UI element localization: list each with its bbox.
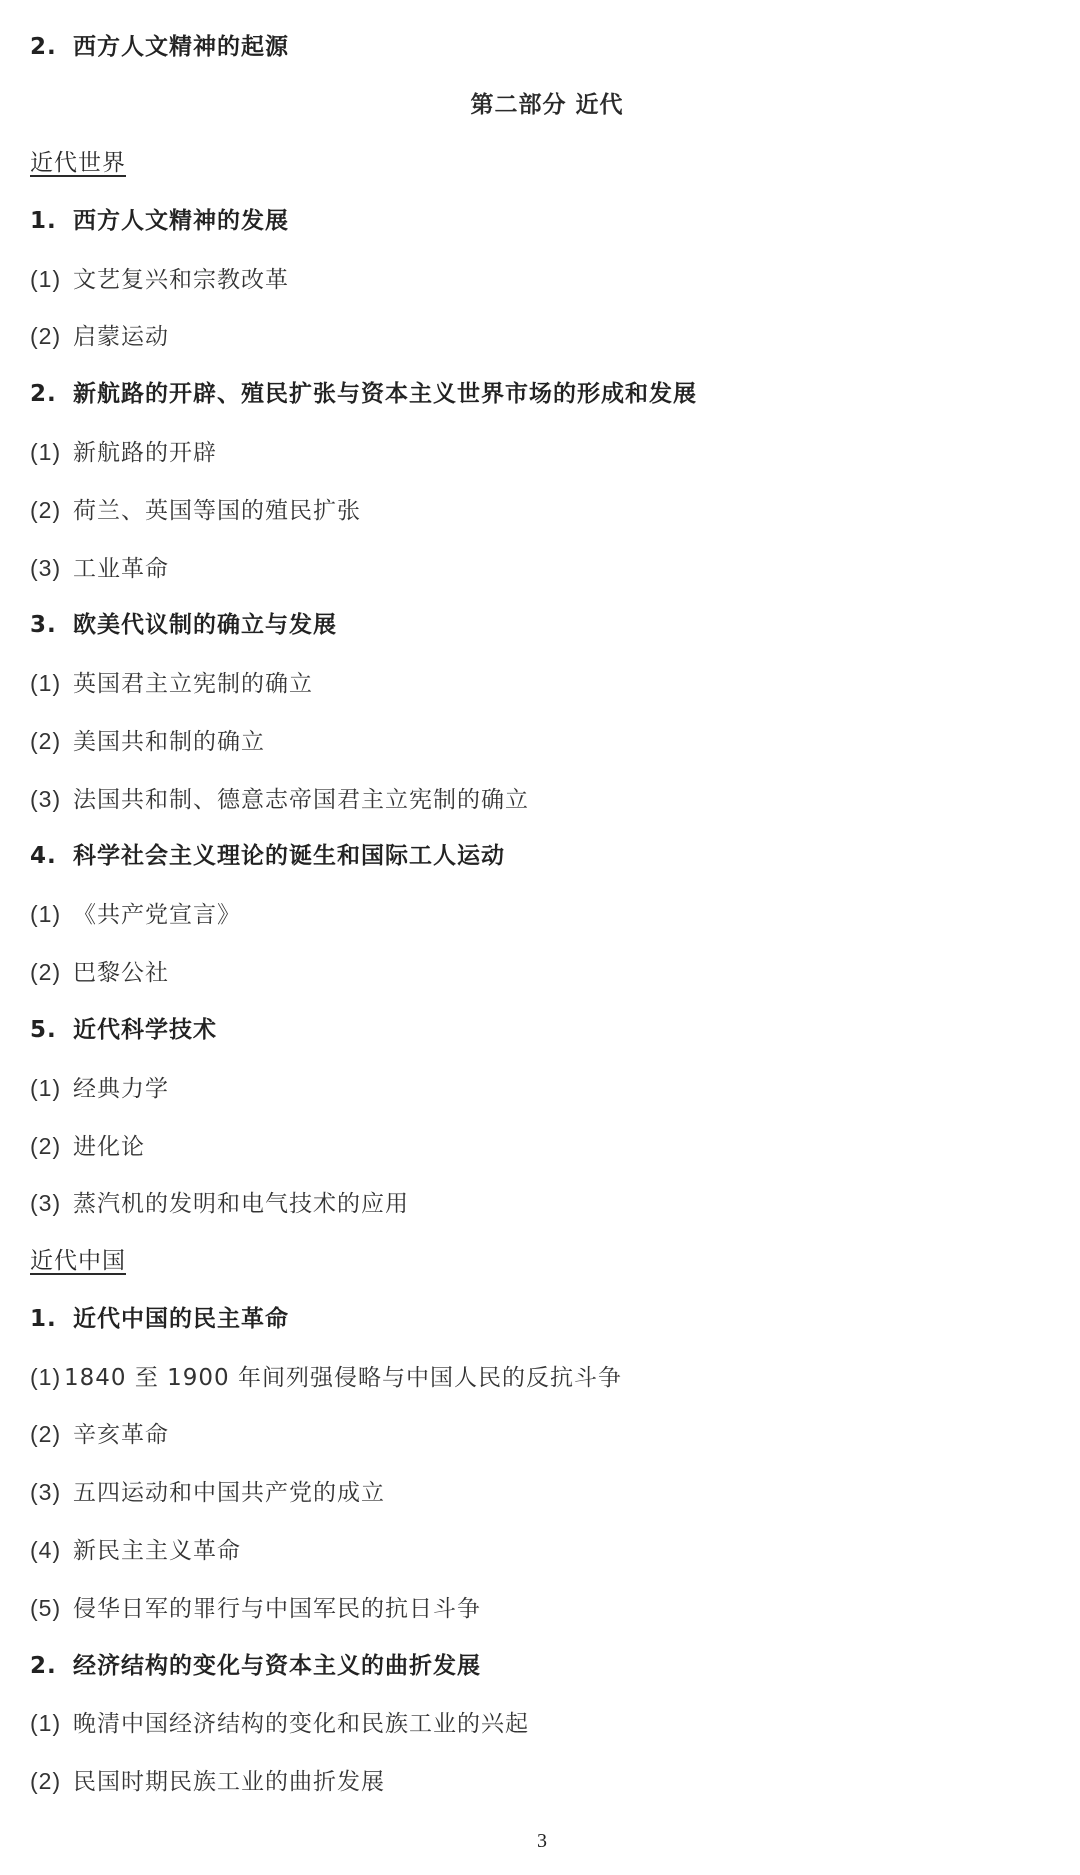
sub-item: (1)文艺复兴和宗教改革 — [30, 259, 289, 299]
sub-item-text: 美国共和制的确立 — [73, 729, 265, 755]
sub-item: (3)五四运动和中国共产党的成立 — [30, 1472, 385, 1512]
heading-text: 西方人文精神的起源 — [73, 34, 289, 60]
sub-item-text: 民国时期民族工业的曲折发展 — [73, 1769, 385, 1795]
sub-item-text: 经典力学 — [73, 1076, 169, 1102]
sub-item: (3)工业革命 — [30, 548, 169, 588]
heading-text: 近代科学技术 — [73, 1017, 217, 1043]
heading-number: 4. — [30, 836, 73, 876]
sub-item: (5)侵华日军的罪行与中国军民的抗日斗争 — [30, 1588, 481, 1628]
heading-number: 1. — [30, 1299, 73, 1339]
heading-item: 2.新航路的开辟、殖民扩张与资本主义世界市场的形成和发展 — [30, 374, 697, 414]
heading-number: 2. — [30, 1646, 73, 1686]
heading-item: 1.近代中国的民主革命 — [30, 1299, 289, 1339]
sub-item-text: 工业革命 — [73, 556, 169, 582]
heading-item: 5.近代科学技术 — [30, 1010, 217, 1050]
sub-item: (1)英国君主立宪制的确立 — [30, 663, 313, 703]
sub-item-text: 进化论 — [73, 1134, 145, 1160]
sub-item: (1)经典力学 — [30, 1068, 169, 1108]
heading-item: 4.科学社会主义理论的诞生和国际工人运动 — [30, 836, 505, 876]
heading-number: 3. — [30, 605, 73, 645]
sub-item-text: 荷兰、英国等国的殖民扩张 — [73, 498, 361, 524]
heading-number: 1. — [30, 201, 73, 241]
sub-item: (2)启蒙运动 — [30, 316, 169, 356]
part-title: 第二部分 近代 — [0, 85, 1080, 125]
sub-item-number: (1) — [30, 1703, 73, 1743]
sub-item-number: (2) — [30, 1126, 73, 1166]
sub-item: (1)《共产党宣言》 — [30, 894, 241, 934]
sub-item-text: 晚清中国经济结构的变化和民族工业的兴起 — [73, 1711, 529, 1737]
sub-item-text: 五四运动和中国共产党的成立 — [73, 1480, 385, 1506]
sub-item: (1)1840 至 1900 年间列强侵略与中国人民的反抗斗争 — [30, 1357, 622, 1397]
sub-item-number: (1) — [30, 1357, 64, 1397]
section-title-modern-china: 近代中国 — [30, 1241, 126, 1281]
sub-item-text: 《共产党宣言》 — [73, 902, 241, 928]
sub-item-number: (3) — [30, 1472, 73, 1512]
heading-number: 5. — [30, 1010, 73, 1050]
sub-item-number: (1) — [30, 259, 73, 299]
sub-item: (3)法国共和制、德意志帝国君主立宪制的确立 — [30, 779, 529, 819]
sub-item-number: (1) — [30, 894, 73, 934]
heading-item: 3.欧美代议制的确立与发展 — [30, 605, 337, 645]
sub-item-number: (2) — [30, 952, 73, 992]
sub-item-text: 巴黎公社 — [73, 960, 169, 986]
sub-item-text: 新航路的开辟 — [73, 440, 217, 466]
sub-item-text: 法国共和制、德意志帝国君主立宪制的确立 — [73, 787, 529, 813]
sub-item: (1)新航路的开辟 — [30, 432, 217, 472]
document-page: 2.西方人文精神的起源 第二部分 近代 近代世界 1.西方人文精神的发展 (1)… — [0, 0, 1080, 1875]
sub-item-text: 新民主主义革命 — [73, 1538, 241, 1564]
sub-item-number: (3) — [30, 779, 73, 819]
sub-item-text: 侵华日军的罪行与中国军民的抗日斗争 — [73, 1596, 481, 1622]
heading-item: 2.经济结构的变化与资本主义的曲折发展 — [30, 1646, 481, 1686]
heading-number: 2. — [30, 374, 73, 414]
section-title-modern-world: 近代世界 — [30, 143, 126, 183]
sub-item-number: (4) — [30, 1530, 73, 1570]
sub-item-text: 辛亥革命 — [73, 1422, 169, 1448]
heading-text: 新航路的开辟、殖民扩张与资本主义世界市场的形成和发展 — [73, 381, 697, 407]
heading-text: 欧美代议制的确立与发展 — [73, 612, 337, 638]
sub-item-number: (3) — [30, 548, 73, 588]
sub-item-text: 蒸汽机的发明和电气技术的应用 — [73, 1191, 409, 1217]
heading-text: 科学社会主义理论的诞生和国际工人运动 — [73, 843, 505, 869]
heading-item: 1.西方人文精神的发展 — [30, 201, 289, 241]
sub-item-text: 文艺复兴和宗教改革 — [73, 267, 289, 293]
sub-item-number: (2) — [30, 316, 73, 356]
heading-origin-humanism: 2.西方人文精神的起源 — [30, 27, 289, 67]
sub-item-number: (2) — [30, 1414, 73, 1454]
sub-item-text: 英国君主立宪制的确立 — [73, 671, 313, 697]
sub-item-text: 启蒙运动 — [73, 324, 169, 350]
sub-item: (2)美国共和制的确立 — [30, 721, 265, 761]
sub-item-number: (2) — [30, 721, 73, 761]
sub-item-number: (1) — [30, 432, 73, 472]
sub-item-number: (5) — [30, 1588, 73, 1628]
heading-text: 西方人文精神的发展 — [73, 208, 289, 234]
sub-item: (2)民国时期民族工业的曲折发展 — [30, 1761, 385, 1801]
sub-item: (2)荷兰、英国等国的殖民扩张 — [30, 490, 361, 530]
sub-item-number: (3) — [30, 1183, 73, 1223]
sub-item: (2)辛亥革命 — [30, 1414, 169, 1454]
sub-item: (3)蒸汽机的发明和电气技术的应用 — [30, 1183, 409, 1223]
sub-item-number: (2) — [30, 490, 73, 530]
sub-item-number: (1) — [30, 663, 73, 703]
sub-item: (1)晚清中国经济结构的变化和民族工业的兴起 — [30, 1703, 529, 1743]
heading-text: 经济结构的变化与资本主义的曲折发展 — [73, 1653, 481, 1679]
sub-item-number: (1) — [30, 1068, 73, 1108]
sub-item: (2)巴黎公社 — [30, 952, 169, 992]
sub-item-text: 1840 至 1900 年间列强侵略与中国人民的反抗斗争 — [64, 1365, 622, 1391]
sub-item-number: (2) — [30, 1761, 73, 1801]
heading-text: 近代中国的民主革命 — [73, 1306, 289, 1332]
page-number: 3 — [0, 1830, 1080, 1853]
sub-item: (2)进化论 — [30, 1126, 145, 1166]
heading-number: 2. — [30, 27, 73, 67]
sub-item: (4)新民主主义革命 — [30, 1530, 241, 1570]
